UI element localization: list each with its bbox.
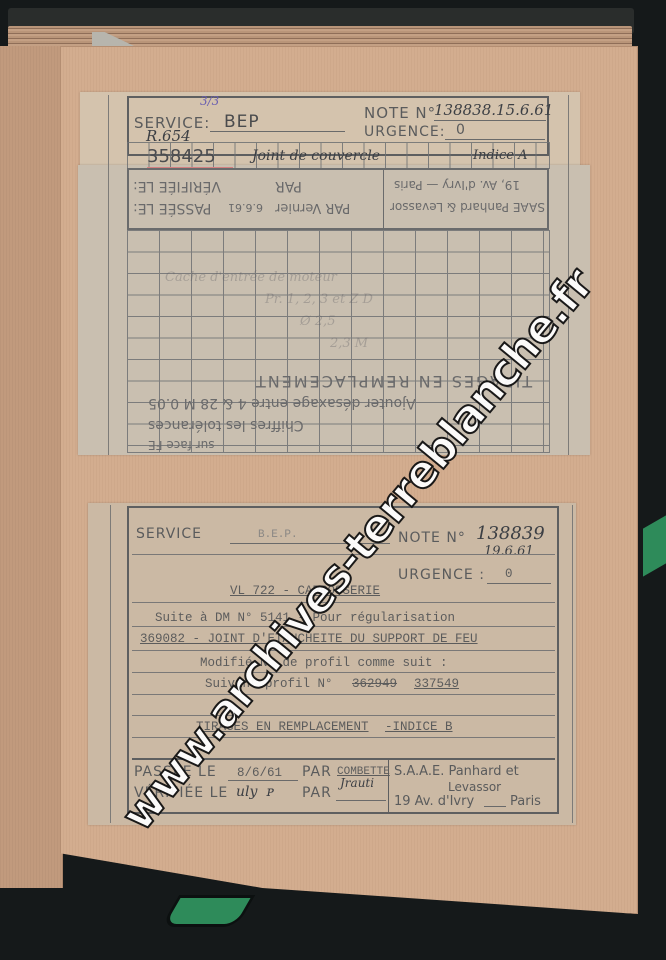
note-label: NOTE N° <box>364 104 436 122</box>
mirrored-passee: PASSÉE LE: <box>133 200 211 216</box>
service-underline <box>230 543 390 544</box>
par2-underline <box>336 800 386 801</box>
verifiee-label: VÉRIFIÉE LE <box>134 785 228 801</box>
line-profil-label: Suivant profil N° <box>205 677 333 691</box>
card-margin-line <box>568 95 569 455</box>
card-margin-line <box>572 505 573 823</box>
par-label: PAR <box>302 764 332 780</box>
par2-label: PAR <box>302 785 332 801</box>
mirrored-note1: Ajouter désaxage entre 4 & 28 M 0.05 <box>148 395 416 411</box>
line-part: 369082 - JOINT D'ETANCHEITE DU SUPPORT D… <box>140 632 478 646</box>
verifiee-signature: uly ᴩ <box>236 784 274 800</box>
mirrored-note2: Chiffres les tolérances <box>148 417 304 433</box>
card-margin-line <box>108 95 109 455</box>
rule <box>132 602 555 603</box>
rule <box>132 626 555 627</box>
binder-spine-flap <box>0 46 63 888</box>
ghost-text: Pr. 1, 2, 3 et Z D <box>265 292 373 307</box>
old-profil-number: 362949 <box>352 677 397 691</box>
urgence-label: URGENCE: <box>364 124 445 140</box>
ghost-text: Ø 2,5 <box>300 314 335 329</box>
mirrored-box-divider <box>383 168 384 230</box>
urgence-underline <box>487 583 551 584</box>
part-name: Joint de couvercle <box>252 148 380 164</box>
rule <box>132 715 555 716</box>
indice-label: Indice A <box>473 148 527 163</box>
service-underline <box>210 131 345 132</box>
par2-signature: Jrauti <box>340 776 374 790</box>
indice-b: -INDICE B <box>385 720 453 734</box>
mirrored-address: 19, Av. d'Ivry — Paris <box>394 178 520 192</box>
company-line2: Levassor <box>448 780 501 794</box>
note-label: NOTE N° <box>398 530 466 546</box>
urgence-underline <box>445 139 545 140</box>
part-number: 358425 <box>147 146 216 167</box>
rule <box>132 758 555 760</box>
green-divider-tab-bottom <box>161 895 255 927</box>
note-underline <box>434 120 546 121</box>
sheet-marker: 3/3 <box>200 94 219 108</box>
green-divider-tab-right <box>643 511 666 576</box>
passee-value: 8/6/61 <box>237 766 282 780</box>
company-line1: S.A.A.E. Panhard et <box>394 764 519 779</box>
urgence-label: URGENCE : <box>398 567 485 583</box>
mirrored-verifiee: VÉRIFIÉE LE: <box>133 178 221 194</box>
passee-underline <box>228 780 298 781</box>
new-profil-number: 337549 <box>414 677 459 691</box>
mirrored-note3: sur face FE <box>148 438 214 452</box>
note-value: 138838.15.6.61 <box>434 101 553 119</box>
rule <box>132 694 555 695</box>
note-date: 19.6.61 <box>484 544 534 559</box>
ghost-text: 2,3 M <box>330 336 368 351</box>
urgence-value: 0 <box>456 122 466 138</box>
tirages-label: TIRAGES EN REMPLACEMENT <box>196 720 369 734</box>
line-vehicle: VL 722 - CARROSSERIE <box>230 584 380 598</box>
address-dash <box>484 806 506 807</box>
rule <box>132 650 555 651</box>
mirrored-par1: PAR <box>275 178 302 194</box>
note-value: 138839 <box>476 523 545 544</box>
passee-label: PASSÉE LE <box>134 764 217 780</box>
card-margin-line <box>110 505 111 823</box>
service-label: SERVICE <box>136 526 202 542</box>
line-modif: Modifié N° de profil comme suit : <box>200 656 448 670</box>
company-line3: 19 Av. d'Ivry <box>394 794 474 809</box>
ghost-text: Cache d'entrée de moteur <box>165 270 337 285</box>
mirrored-company: SAAE Panhard & Levassor <box>390 200 545 214</box>
rule <box>132 554 555 555</box>
urgence-value: 0 <box>505 567 513 581</box>
line-suite: Suite à DM N° 5141 - Pour régularisation <box>155 611 455 625</box>
rule <box>132 737 555 738</box>
service-value: BEP <box>224 112 260 132</box>
mirrored-tirages: TIRAGES EN REMPLACEMENT <box>254 372 532 391</box>
rule <box>132 672 555 673</box>
mirrored-par2: PAR Vernier <box>275 200 350 215</box>
mirrored-passee-date: 6.6.61 <box>228 201 263 214</box>
service-value: B.E.P. <box>258 529 298 541</box>
company-line4: Paris <box>510 794 541 809</box>
